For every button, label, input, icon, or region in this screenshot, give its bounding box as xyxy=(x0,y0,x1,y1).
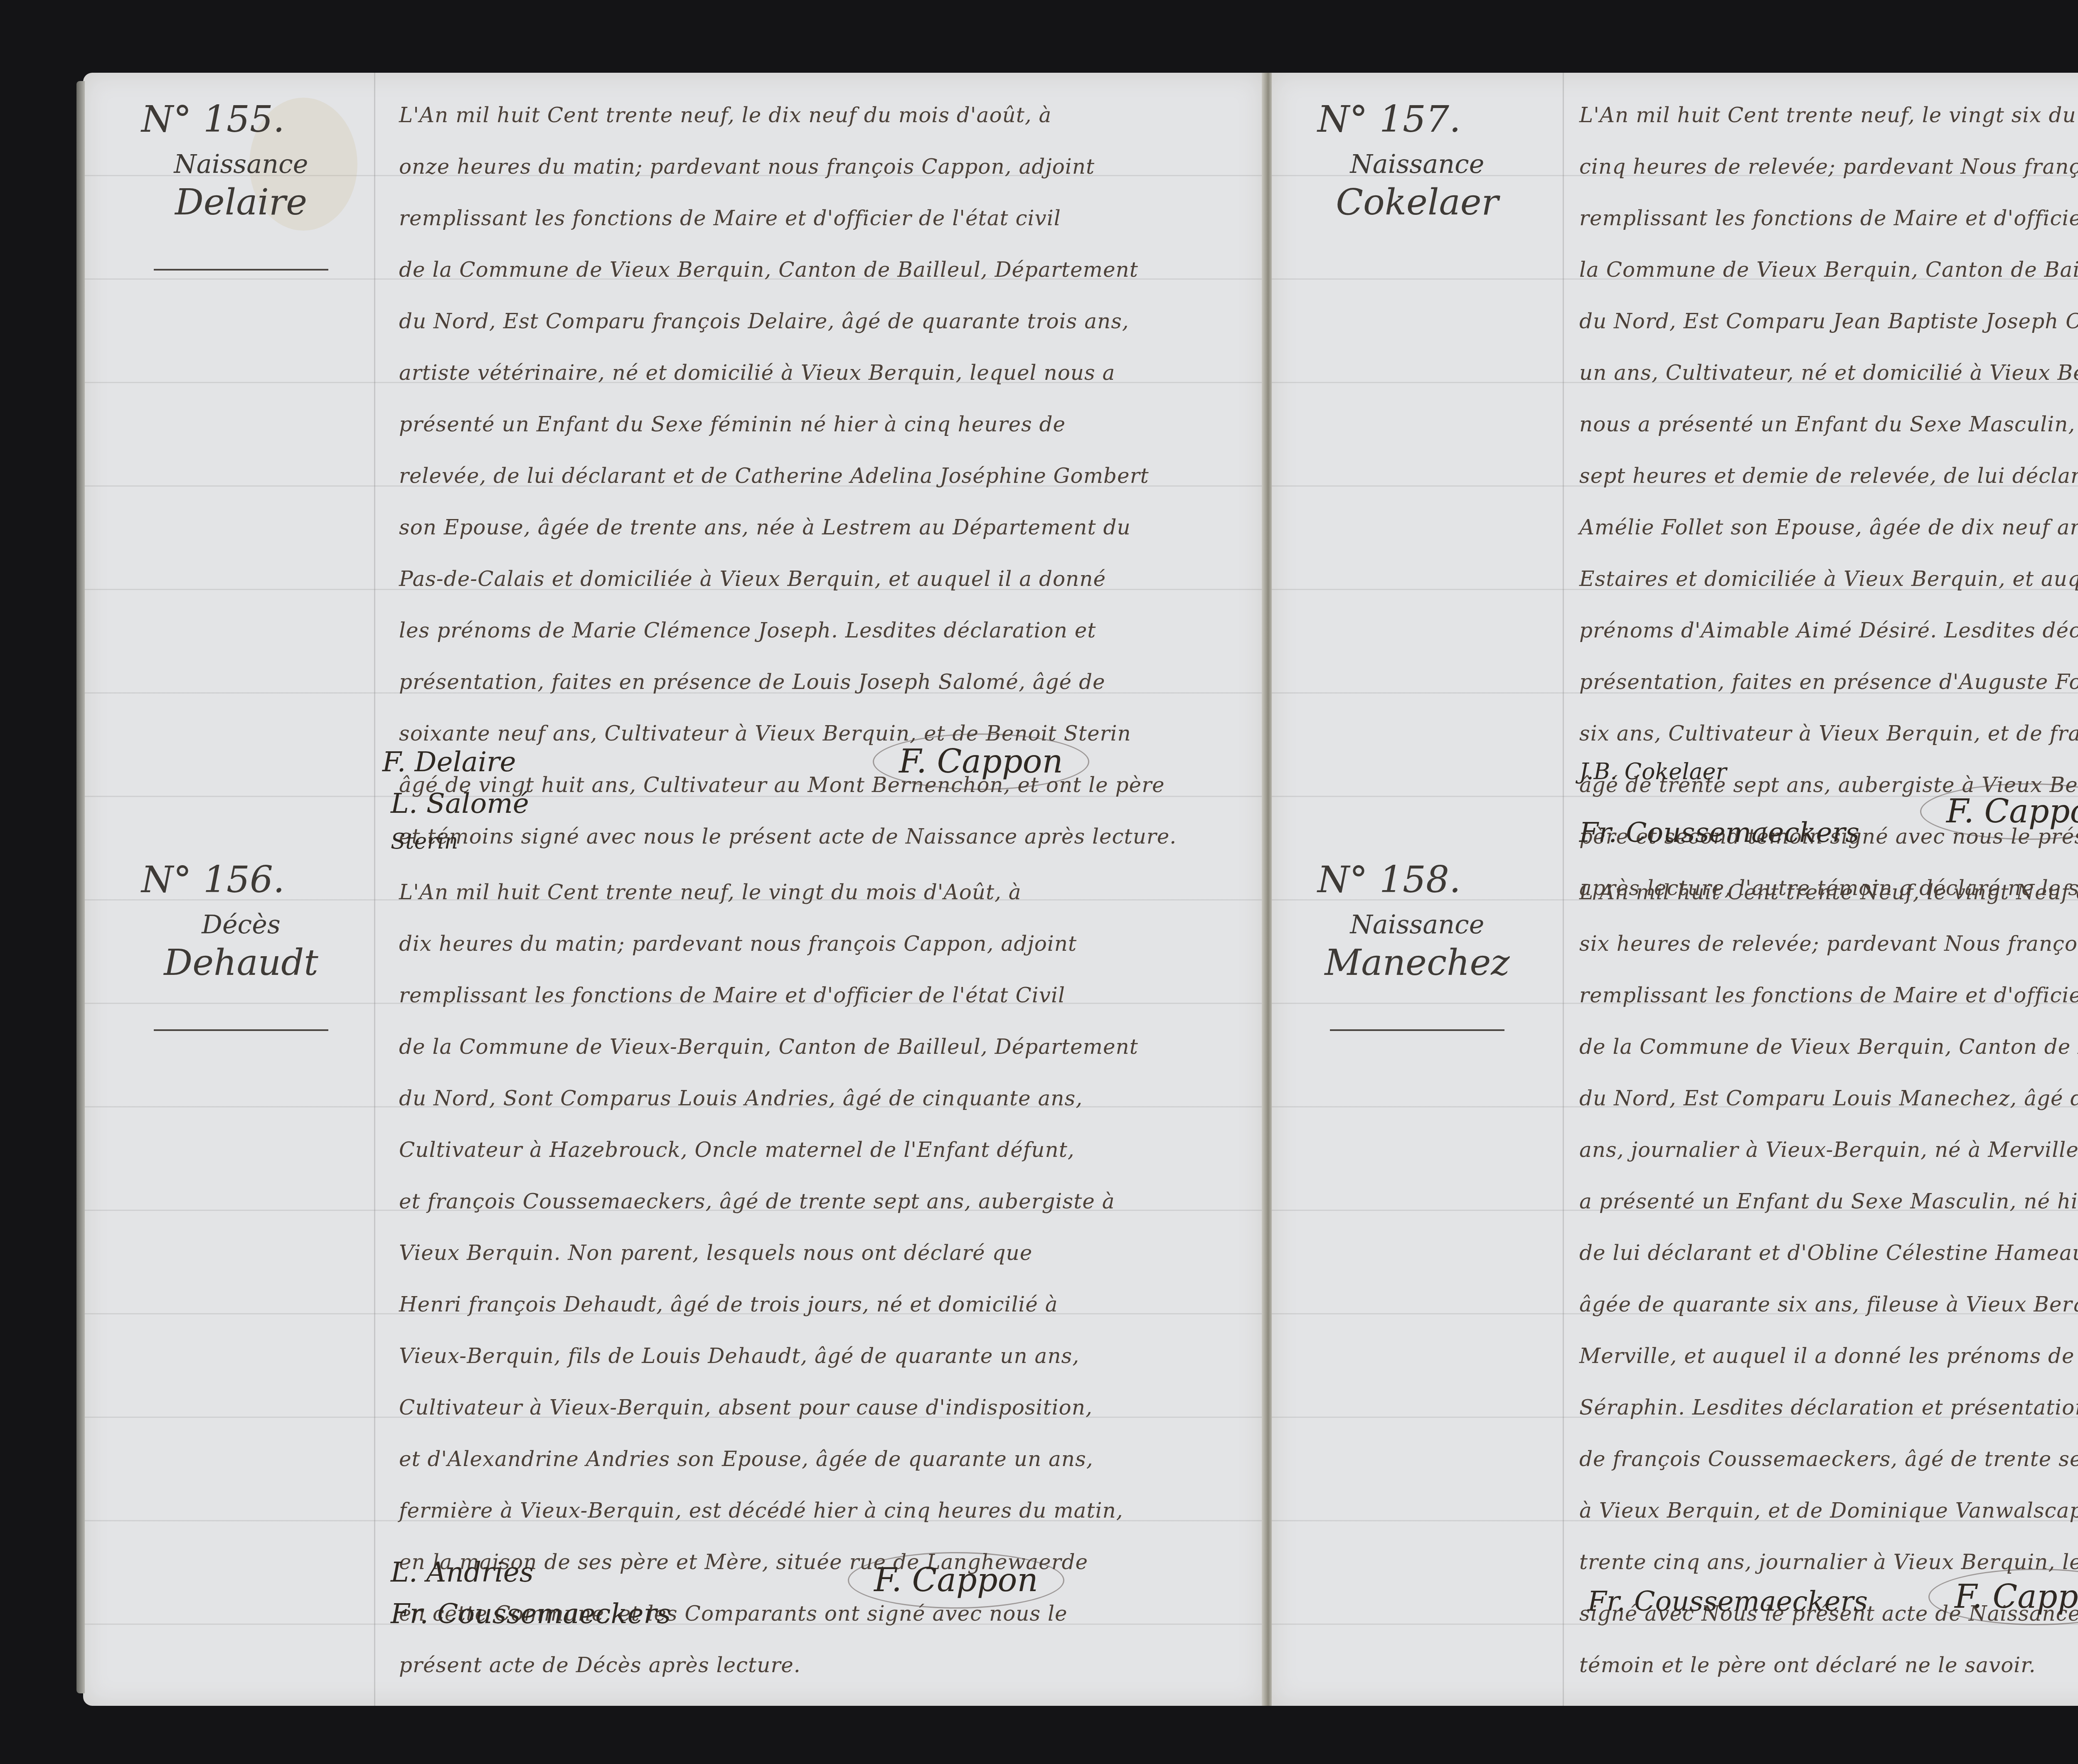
entry-surname: Manechez xyxy=(1309,942,1525,984)
body-line: témoin et le père ont déclaré ne le savo… xyxy=(1579,1639,2078,1691)
margin-underline xyxy=(154,1029,328,1031)
body-line: Estaires et domiciliée à Vieux Berquin, … xyxy=(1579,553,2078,605)
body-line: un ans, Cultivateur, né et domicilié à V… xyxy=(1579,347,2078,399)
entry-number: N° 156. xyxy=(133,858,349,901)
body-line: dix heures du matin; pardevant nous fran… xyxy=(399,918,1138,969)
body-line: du Nord, Est Comparu françois Delaire, â… xyxy=(399,295,1177,347)
body-line: L'An mil huit Cent trente neuf, le dix n… xyxy=(399,89,1177,141)
margin-note: N° 157. Naissance Cokelaer xyxy=(1309,98,1525,223)
body-line: cinq heures de relevée; pardevant Nous f… xyxy=(1579,141,2078,192)
left-page: N° 155. Naissance Delaire L'An mil huit … xyxy=(83,73,1263,1706)
body-line: de la Commune de Vieux-Berquin, Canton d… xyxy=(399,1021,1138,1073)
entry-number: N° 158. xyxy=(1309,858,1525,901)
signature: Fr. Coussemaeckers xyxy=(1579,817,1859,849)
margin-rule xyxy=(374,73,375,1706)
body-line: Vieux-Berquin, fils de Louis Dehaudt, âg… xyxy=(399,1330,1138,1382)
margin-rule xyxy=(1563,73,1564,1706)
body-line: à Vieux Berquin, et de Dominique Vanwals… xyxy=(1579,1485,2078,1536)
entry-type: Naissance xyxy=(1309,149,1525,179)
entry-type: Décès xyxy=(133,909,349,940)
body-line: de la Commune de Vieux Berquin, Canton d… xyxy=(1579,1021,2078,1073)
signature: J.B. Cokelaer xyxy=(1579,758,1726,785)
right-page: 49 N° 157. Naissance Cokelaer L'An mil h… xyxy=(1272,73,2078,1706)
body-line: L'An mil huit Cent trente neuf, le vingt… xyxy=(1579,89,2078,141)
signature: Fr. Coussemaeckers xyxy=(1588,1585,1868,1617)
margin-note: N° 155. Naissance Delaire xyxy=(133,98,349,271)
body-line: ans, journalier à Vieux-Berquin, né à Me… xyxy=(1579,1124,2078,1176)
body-line: Vieux Berquin. Non parent, lesquels nous… xyxy=(399,1227,1138,1279)
body-line: remplissant les fonctions de Maire et d'… xyxy=(1579,192,2078,244)
mayor-signature: F. Cappon xyxy=(848,1552,1064,1609)
body-line: a présenté un Enfant du Sexe Masculin, n… xyxy=(1579,1176,2078,1227)
body-line: remplissant les fonctions de Maire et d'… xyxy=(399,192,1177,244)
body-line: présenté un Enfant du Sexe féminin né hi… xyxy=(399,399,1177,450)
body-line: Henri françois Dehaudt, âgé de trois jou… xyxy=(399,1279,1138,1330)
signature: L. Andries xyxy=(391,1556,534,1588)
body-line: âgée de quarante six ans, fileuse à Vieu… xyxy=(1579,1279,2078,1330)
entry-body: L'An mil huit Cent trente Neuf, le vingt… xyxy=(1579,866,2078,1691)
body-line: et françois Coussemaeckers, âgé de trent… xyxy=(399,1176,1138,1227)
entry-surname: Cokelaer xyxy=(1309,182,1525,223)
mayor-signature: F. Cappon xyxy=(873,733,1089,790)
body-line: du Nord, Sont Comparus Louis Andries, âg… xyxy=(399,1073,1138,1124)
entry-type: Naissance xyxy=(1309,909,1525,940)
body-line: du Nord, Est Comparu Louis Manechez, âgé… xyxy=(1579,1073,2078,1124)
entry-number: N° 155. xyxy=(133,98,349,140)
body-line: les prénoms de Marie Clémence Joseph. Le… xyxy=(399,605,1177,656)
body-line: Séraphin. Lesdites déclaration et présen… xyxy=(1579,1382,2078,1433)
body-line: sept heures et demie de relevée, de lui … xyxy=(1579,450,2078,502)
body-line: remplissant les fonctions de Maire et d'… xyxy=(1579,969,2078,1021)
signature: L. Salomé xyxy=(391,787,529,819)
signature: Sterin xyxy=(391,829,458,854)
body-line: six heures de relevée; pardevant Nous fr… xyxy=(1579,918,2078,969)
body-line: remplissant les fonctions de Maire et d'… xyxy=(399,969,1138,1021)
body-line: Amélie Follet son Epouse, âgée de dix ne… xyxy=(1579,502,2078,553)
body-line: nous a présenté un Enfant du Sexe Mascul… xyxy=(1579,399,2078,450)
body-line: présent acte de Décès après lecture. xyxy=(399,1639,1138,1691)
body-line: onze heures du matin; pardevant nous fra… xyxy=(399,141,1177,192)
body-line: Cultivateur à Vieux-Berquin, absent pour… xyxy=(399,1382,1138,1433)
body-line: six ans, Cultivateur à Vieux Berquin, et… xyxy=(1579,708,2078,759)
body-line: présentation, faites en présence de Loui… xyxy=(399,656,1177,708)
body-line: Merville, et auquel il a donné les préno… xyxy=(1579,1330,2078,1382)
signature: Fr. Coussemaeckers xyxy=(391,1598,671,1630)
signature: F. Delaire xyxy=(382,746,516,778)
margin-underline xyxy=(154,269,328,271)
body-line: Pas-de-Calais et domiciliée à Vieux Berq… xyxy=(399,553,1177,605)
body-line: L'An mil huit Cent trente Neuf, le vingt… xyxy=(1579,866,2078,918)
register-spread: N° 155. Naissance Delaire L'An mil huit … xyxy=(83,73,2078,1706)
body-line: la Commune de Vieux Berquin, Canton de B… xyxy=(1579,244,2078,295)
page-edge xyxy=(76,81,85,1693)
body-line: de françois Coussemaeckers, âgé de trent… xyxy=(1579,1433,2078,1485)
margin-note: N° 156. Décès Dehaudt xyxy=(133,858,349,1031)
body-line: du Nord, Est Comparu Jean Baptiste Josep… xyxy=(1579,295,2078,347)
body-line: fermière à Vieux-Berquin, est décédé hie… xyxy=(399,1485,1138,1536)
entry-type: Naissance xyxy=(133,149,349,179)
margin-underline xyxy=(1330,1029,1504,1031)
margin-note: N° 158. Naissance Manechez xyxy=(1309,858,1525,1031)
body-line: L'An mil huit Cent trente neuf, le vingt… xyxy=(399,866,1138,918)
entry-surname: Delaire xyxy=(133,182,349,223)
body-line: de lui déclarant et d'Obline Célestine H… xyxy=(1579,1227,2078,1279)
entry-surname: Dehaudt xyxy=(133,942,349,984)
body-line: présentation, faites en présence d'Augus… xyxy=(1579,656,2078,708)
body-line: prénoms d'Aimable Aimé Désiré. Lesdites … xyxy=(1579,605,2078,656)
body-line: relevée, de lui déclarant et de Catherin… xyxy=(399,450,1177,502)
body-line: son Epouse, âgée de trente ans, née à Le… xyxy=(399,502,1177,553)
body-line: de la Commune de Vieux Berquin, Canton d… xyxy=(399,244,1177,295)
body-line: Cultivateur à Hazebrouck, Oncle maternel… xyxy=(399,1124,1138,1176)
entry-number: N° 157. xyxy=(1309,98,1525,140)
body-line: artiste vétérinaire, né et domicilié à V… xyxy=(399,347,1177,399)
body-line: et d'Alexandrine Andries son Epouse, âgé… xyxy=(399,1433,1138,1485)
